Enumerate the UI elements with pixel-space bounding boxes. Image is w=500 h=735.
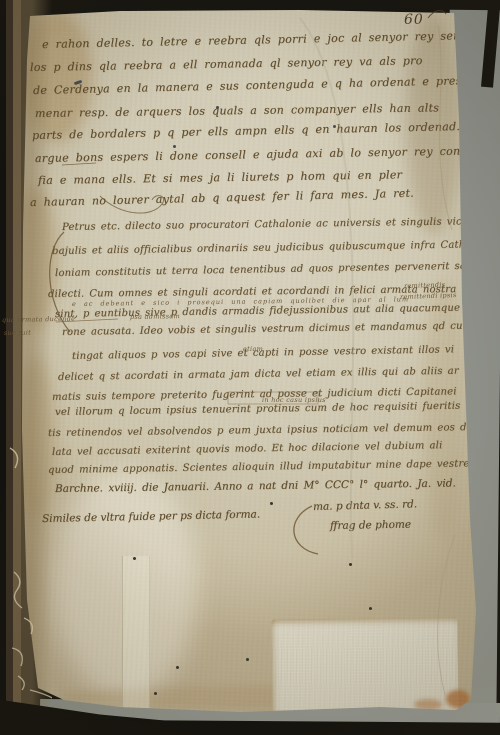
margin-note-layer: qua armata ducende sue fuit xyxy=(0,0,500,735)
left-margin-note: qua armata ducende xyxy=(2,315,75,324)
black-frame-bottom xyxy=(0,719,500,735)
left-margin-note: sue fuit xyxy=(4,329,31,337)
manuscript-photograph: 60 e rahon delles. to letre e reebra qls… xyxy=(0,0,500,735)
